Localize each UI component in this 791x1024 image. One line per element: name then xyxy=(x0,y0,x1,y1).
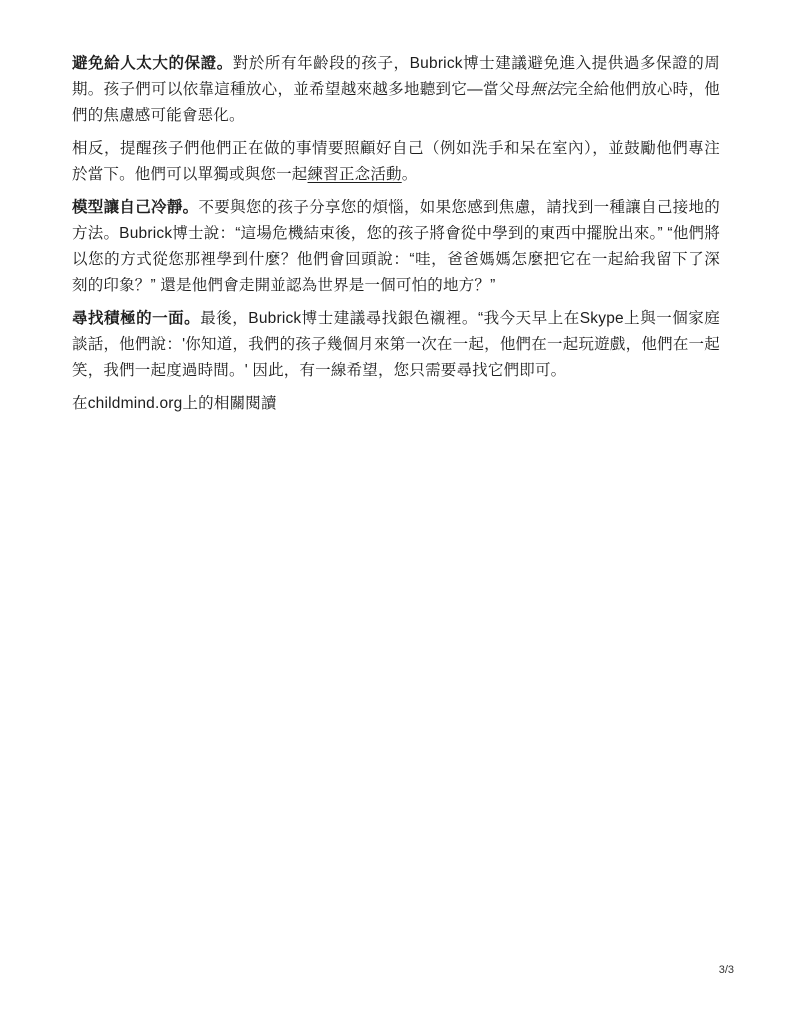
paragraph-lead-bold: 模型讓自己冷靜。 xyxy=(72,199,198,216)
paragraph-find-positive: 尋找積極的一面。最後，Bubrick博士建議尋找銀色襯裡。“我今天早上在Skyp… xyxy=(72,306,720,384)
related-reading-line: 在childmind.org上的相關閱讀 xyxy=(72,391,720,417)
paragraph-lead-bold: 避免給人太大的保證。 xyxy=(72,55,233,72)
document-body-text: 避免給人太大的保證。對於所有年齡段的孩子，Bubrick博士建議避免進入提供過多… xyxy=(72,51,720,424)
paragraph-model-calm: 模型讓自己冷靜。不要與您的孩子分享您的煩惱，如果您感到焦慮，請找到一種讓自己接地… xyxy=(72,195,720,299)
paragraph-text: 。 xyxy=(402,166,418,183)
paragraph-lead-bold: 尋找積極的一面。 xyxy=(72,310,200,327)
mindfulness-activities-link[interactable]: 練習正念活動 xyxy=(308,166,402,183)
document-page: 避免給人太大的保證。對於所有年齡段的孩子，Bubrick博士建議避免進入提供過多… xyxy=(0,0,791,1024)
page-number: 3/3 xyxy=(719,963,734,977)
italic-emphasis: 無法 xyxy=(530,81,562,98)
paragraph-remind-children: 相反，提醒孩子們他們正在做的事情要照顧好自己（例如洗手和呆在室內），並鼓勵他們專… xyxy=(72,136,720,188)
paragraph-avoid-reassurance: 避免給人太大的保證。對於所有年齡段的孩子，Bubrick博士建議避免進入提供過多… xyxy=(72,51,720,129)
